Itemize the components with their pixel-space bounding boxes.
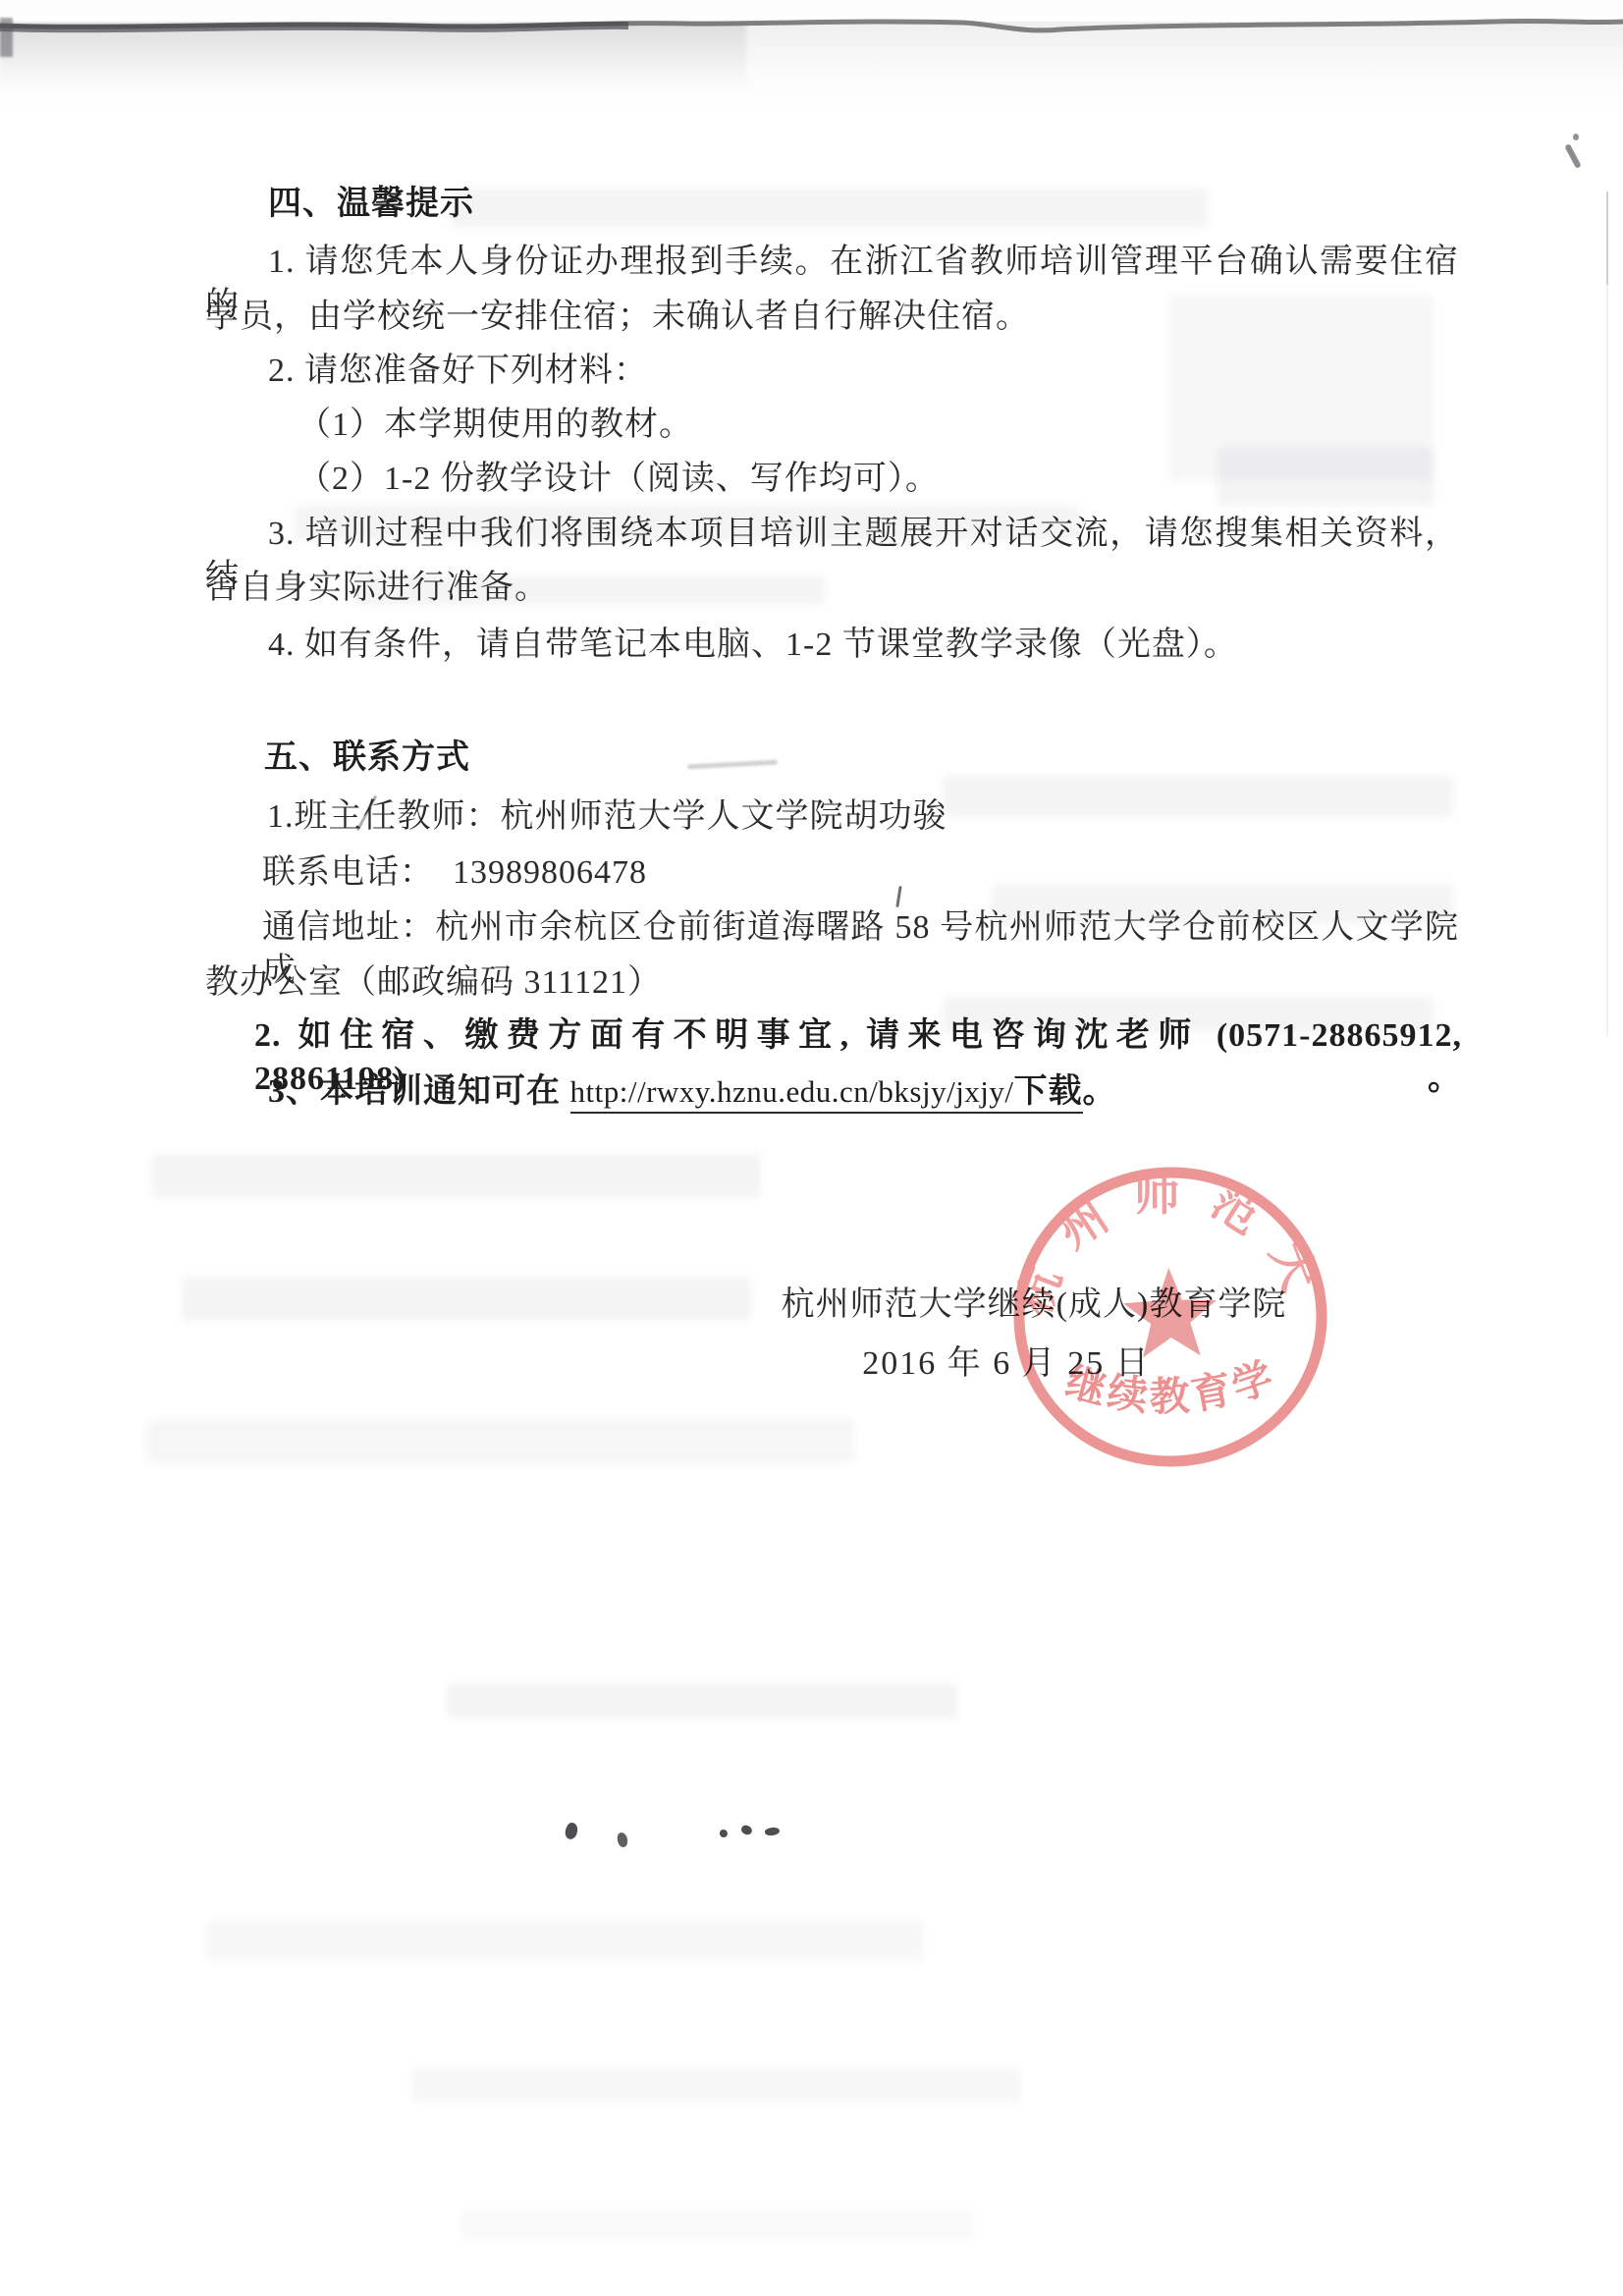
scan-right-fold-line-dark: [1606, 191, 1608, 285]
bleed-through-smudge: [461, 2210, 972, 2239]
doc-line: 学员，由学校统一安排住宿；未确认者自行解决住宿。: [205, 296, 1030, 339]
ink-speck: [720, 1830, 728, 1837]
doc-line: （2）1-2 份教学设计（阅读、写作均可）。: [298, 458, 940, 501]
section5-heading: 五、联系方式: [264, 737, 470, 780]
scan-speck-dot: [1573, 134, 1579, 140]
doc-line: 合自身实际进行准备。: [205, 567, 549, 610]
scan-corner-artifact: [0, 18, 13, 57]
scan-right-fold-line: [1606, 191, 1608, 1036]
star-icon: [1122, 1266, 1218, 1358]
bleed-through-smudge: [412, 2067, 1021, 2103]
bleed-through-smudge: [1217, 447, 1434, 506]
note-line-3: 3、本培训通知可在 http://rwxy.hznu.edu.cn/bksjy/…: [268, 1070, 1117, 1114]
notice-url: http://rwxy.hznu.edu.cn/bksjy/jxjy/: [570, 1074, 1014, 1109]
note3-prefix: 3、本培训通知可在: [268, 1073, 570, 1110]
bleed-through-smudge: [943, 776, 1453, 817]
download-label: 下载: [1014, 1073, 1083, 1110]
ink-speck: [740, 1824, 753, 1835]
bleed-through-smudge: [447, 1684, 957, 1719]
bleed-through-smudge: [147, 1419, 854, 1463]
contact-address-line2: 教办公室（邮政编码 311121）: [205, 961, 662, 1005]
contact-phone-line: 联系电话： 13989806478: [262, 851, 647, 895]
scan-speck-mark: [1564, 143, 1582, 169]
bleed-through-smudge: [206, 1920, 923, 1961]
bleed-through-smudge: [152, 1154, 761, 1198]
note3-period: 。: [1083, 1073, 1117, 1110]
section4-heading: 四、温馨提示: [268, 183, 474, 226]
ink-speck: [765, 1827, 781, 1836]
scanned-document-page: 四、温馨提示 1. 请您凭本人身份证办理报到手续。在浙江省教师培训管理平台确认需…: [0, 0, 1623, 2296]
ink-speck: [564, 1822, 579, 1841]
scan-shadow-wash-left: [0, 24, 746, 92]
doc-line: （1）本学期使用的教材。: [298, 404, 693, 447]
doc-line: 1.班主任教师：杭州师范大学人文学院胡功骏: [267, 795, 947, 839]
official-seal: 杭州师范大学 继续教育学院: [1002, 1156, 1339, 1477]
doc-line: 2. 请您准备好下列材料：: [268, 350, 648, 393]
bleed-through-smudge: [452, 189, 1208, 228]
bleed-through-smudge: [182, 1277, 751, 1321]
ink-speck: [617, 1831, 628, 1848]
scan-small-stroke: [895, 886, 901, 907]
doc-line: 4. 如有条件，请自带笔记本电脑、1-2 节课堂教学录像（光盘）。: [268, 624, 1238, 667]
scan-smudge-dash: [687, 760, 778, 770]
